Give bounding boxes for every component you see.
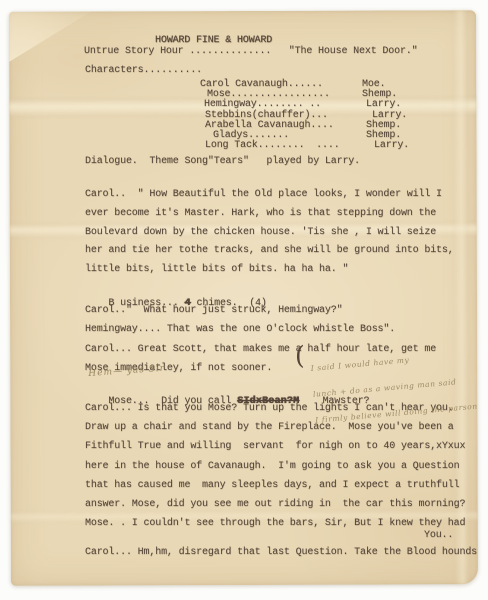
scanned-script-page: { "colors": { "background": "#fcfcfa", "… <box>0 0 488 600</box>
script-line: ever become it's Master. Hark, who is th… <box>85 208 436 220</box>
pencil-note-line: I firmly believe will doing the parson <box>315 402 485 425</box>
script-line: Fithfull True and willing servant for ni… <box>85 441 465 453</box>
script-line: Mose. . I couldn't see through the bars,… <box>85 518 465 530</box>
script-line: Carol.. " How Beautiful the Old place lo… <box>85 189 442 201</box>
pencil-note-line: lunch + do as a waving man said <box>313 376 483 399</box>
script-text-layer: HOWARD FINE & HOWARD Untrue Story Hour .… <box>0 0 488 600</box>
script-line: Carol... Hm,hm, disregard that last Ques… <box>85 547 477 559</box>
script-line: here in the house of Cavanaugh. I'm goin… <box>85 461 459 473</box>
script-line: Carol.." What hour just struck, Hemingwa… <box>85 305 342 317</box>
script-line: answer. Mose, did you see me out riding … <box>85 499 465 511</box>
script-line: that has caused me many sleeples days, a… <box>85 480 459 492</box>
show-title-line: Untrue Story Hour .............. "The Ho… <box>84 46 418 58</box>
characters-heading: Characters.......... <box>85 65 202 77</box>
pencil-note-margin: I said I would have my lunch + do as a w… <box>309 333 487 442</box>
handwriting-parenthesis: ( <box>295 350 305 362</box>
script-line: Hemingway.... That was the one O'clock w… <box>85 324 395 336</box>
dialogue-heading: Dialogue. Theme Song"Tears" played by La… <box>85 156 360 168</box>
script-line: little bits, little bits of bits. ha ha … <box>85 264 348 276</box>
cast-actor: Larry. <box>374 140 409 152</box>
script-line: her and tie her tothe tracks, and she wi… <box>85 245 454 257</box>
script-line: Boulevard down by the chicken house. 'Ti… <box>85 227 436 239</box>
script-line-you: You.. <box>424 530 453 542</box>
pencil-note-line: I said I would have my <box>310 350 480 373</box>
cast-character: Long Tack........ .... <box>205 140 340 152</box>
